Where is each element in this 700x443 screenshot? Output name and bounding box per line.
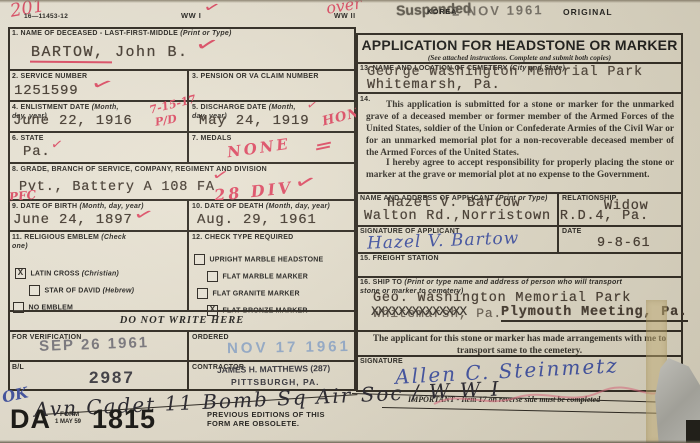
checkbox: X: [15, 268, 26, 279]
checkbox: [197, 288, 208, 299]
form-da-label: DA: [10, 404, 51, 435]
received-date-stamp: 2 NOV 1961: [452, 2, 544, 19]
field-freight-station: 15. FREIGHT STATION: [356, 253, 683, 277]
transport-statement-box: The applicant for this stone or marker h…: [356, 331, 683, 356]
red-underline-mark: [30, 61, 112, 64]
form-number-label: 1815: [92, 404, 156, 435]
deceased-name-value: BARTOW, John B.: [31, 44, 189, 61]
ww2-label: WW II: [334, 13, 356, 20]
red-check-mark: ✓: [292, 170, 318, 195]
form-title-box: APPLICATION FOR HEADSTONE OR MARKER (See…: [356, 33, 683, 63]
red-check-mark: ✓: [50, 137, 64, 153]
contractor-stamp-line1: JAMES H. MATTHEWS (287): [217, 363, 330, 375]
field-medals: 7. MEDALS NONE: [188, 132, 356, 163]
red-check-mark: ✓: [202, 0, 222, 16]
red-check-mark: ✓: [88, 74, 116, 96]
field-applicant-name-address: NAME AND ADDRESS OF APPLICANT (Print or …: [356, 193, 558, 226]
field-for-verification: FOR VERIFICATION SEP 26 1961: [8, 331, 188, 361]
field-ship-to: 16. SHIP TO (Print or type name and addr…: [356, 277, 683, 331]
ordered-date-stamp: NOV 17 1961: [227, 338, 351, 357]
bl-number-stamp: 2987: [89, 368, 135, 388]
checkbox-star-of-david: STAR OF DAVID (Hebrew): [29, 282, 134, 300]
red-check-mark: ✓: [211, 167, 231, 184]
red-annotation-pd: P/D: [154, 112, 178, 129]
field-date-of-death: 10. DATE OF DEATH (Month, day, year) Aug…: [188, 200, 356, 231]
death-date-value: Aug. 29, 1961: [197, 212, 317, 228]
field-pension-claim-number: 3. PENSION OR VA CLAIM NUMBER: [188, 70, 356, 101]
checkbox: [207, 271, 218, 282]
field-marker-type: 12. CHECK TYPE REQUIRED UPRIGHT MARBLE H…: [188, 231, 356, 311]
field-enlistment-date: 4. ENLISTMENT DATE (Month, day, year) Ju…: [8, 101, 188, 132]
field-name-of-deceased: 1. NAME OF DECEASED - LAST-FIRST-MIDDLE …: [8, 27, 356, 70]
form-subtitle: (See attached instructions. Complete and…: [357, 53, 682, 62]
field-cemetery: 13. NAME AND LOCATION OF CEMETERY (City …: [356, 63, 683, 93]
field-ordered: ORDERED NOV 17 1961: [188, 331, 356, 361]
checkbox-latin-cross: X LATIN CROSS (Christian): [15, 265, 119, 283]
field-applicant-signature: SIGNATURE OF APPLICANT Hazel V. Bartow: [356, 226, 558, 253]
enlistment-date-value: June 22, 1916: [13, 113, 133, 129]
obsolete-note-line1: PREVIOUS EDITIONS OF THIS: [207, 410, 325, 419]
field-religious-emblem: 11. RELIGIOUS EMBLEM (Check one) X LATIN…: [8, 231, 188, 311]
discharge-date-value: May 24, 1919: [199, 113, 309, 129]
ww1-label: WW I: [181, 11, 201, 20]
form-title: APPLICATION FOR HEADSTONE OR MARKER: [357, 34, 682, 53]
state-value: Pa.: [23, 144, 51, 160]
field-label: 1. NAME OF DECEASED - LAST-FIRST-MIDDLE: [12, 30, 178, 37]
checkbox-flat-granite: FLAT GRANITE MARKER: [197, 285, 300, 303]
applicant-signature-script: Hazel V. Bartow: [367, 228, 520, 253]
grade-value: Pvt., Battery A 108 FA: [19, 180, 215, 195]
form-print-code: 16—11453-12: [24, 13, 68, 20]
checkbox: [194, 254, 205, 265]
scan-dark-corner: [686, 420, 700, 443]
strike-x-overlay: XXXXXXXXXXXXXX: [371, 304, 466, 319]
checkbox-upright-marble: UPRIGHT MARBLE HEADSTONE: [194, 251, 323, 269]
original-label: ORIGINAL: [563, 7, 613, 17]
field-grade-branch: 8. GRADE, BRANCH OF SERVICE, COMPANY, RE…: [8, 163, 356, 200]
red-scrawl: [430, 378, 670, 414]
certification-paragraph-1: This application is submitted for a ston…: [366, 100, 674, 159]
obsolete-note-line2: FORM ARE OBSOLETE.: [207, 419, 299, 428]
red-check-mark: ✓: [306, 98, 318, 112]
checkbox: [29, 285, 40, 296]
certification-text-box: 14. This application is submitted for a …: [356, 93, 683, 193]
field-state: 6. STATE Pa. ✓: [8, 132, 188, 163]
birth-date-value: June 24, 1897: [13, 212, 133, 228]
form-word-label: FORM: [60, 411, 79, 418]
service-number-value: 1251599: [14, 83, 78, 99]
transport-statement: The applicant for this stone or marker h…: [357, 332, 682, 357]
checkbox-flat-marble: FLAT MARBLE MARKER: [207, 268, 308, 286]
date-value: 9-8-61: [597, 236, 650, 251]
field-discharge-date: 5. DISCHARGE DATE (Month, day, year) May…: [188, 101, 356, 132]
field-bl-number: B/L 2987: [8, 361, 188, 391]
red-check-mark: ✓: [193, 34, 221, 56]
form-date-label: 1 MAY 59: [55, 419, 81, 425]
red-check-mark: ✓: [132, 205, 156, 224]
certification-paragraph-2: I hereby agree to accept responsibility …: [366, 158, 674, 182]
field-date: DATE 9-8-61: [558, 226, 683, 253]
verification-date-stamp: SEP 26 1961: [39, 334, 150, 355]
applicant-address-value: Walton Rd.,Norristown R.D.4, Pa.: [364, 209, 649, 224]
do-not-write-strip: DO NOT WRITE HERE: [8, 311, 356, 331]
field-service-number: 2. SERVICE NUMBER 1251599 ✓: [8, 70, 188, 101]
cemetery-city-value: Whitemarsh, Pa.: [367, 78, 501, 93]
scanned-headstone-application-form: 201 16—11453-12 WW I ✓ over WW II Suspen…: [0, 0, 700, 443]
field-date-of-birth: 9. DATE OF BIRTH (Month, day, year) June…: [8, 200, 188, 231]
